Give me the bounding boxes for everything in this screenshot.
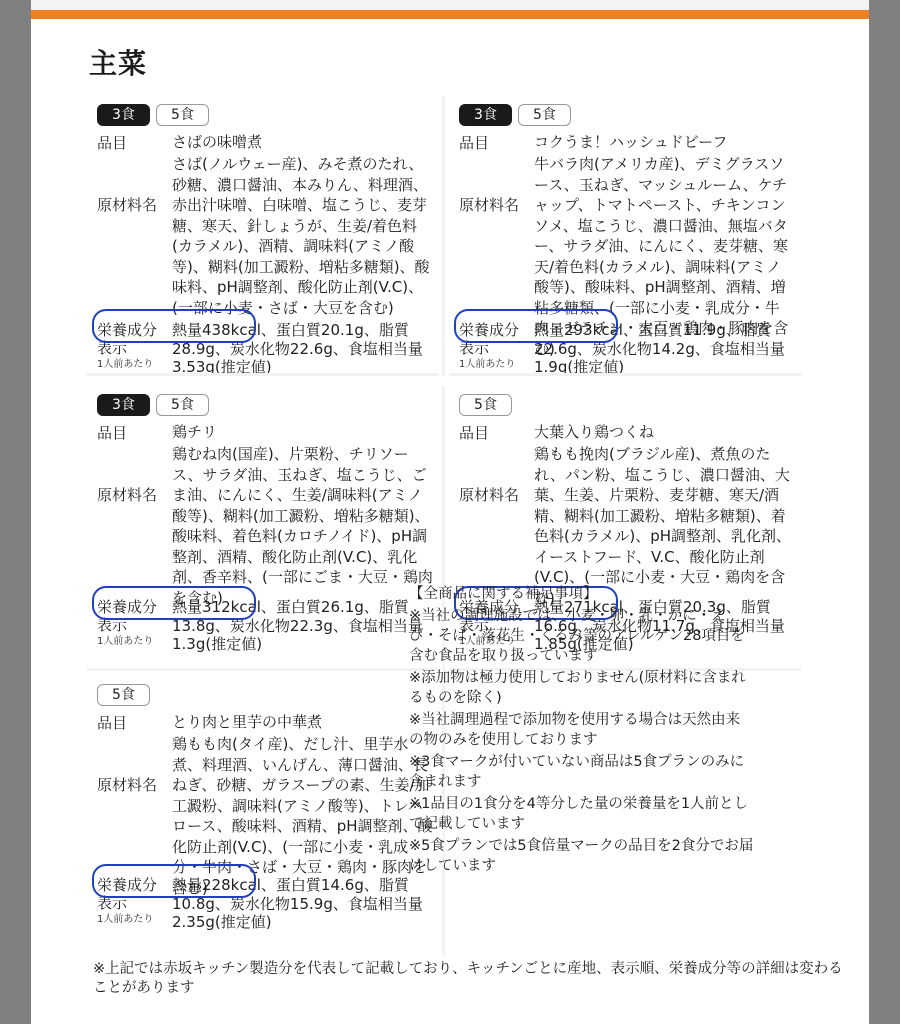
card-divider bbox=[87, 373, 439, 376]
item-name: 鶏チリ bbox=[172, 422, 434, 443]
ingredients-text: 鶏むね肉(国産)、片栗粉、チリソース、サラダ油、玉ねぎ、塩こうじ、ごま油、にんに… bbox=[172, 444, 434, 608]
note-item: ※5食プランでは5食倍量マークの品目を2食分でお届けしています bbox=[409, 836, 754, 876]
item-label: 品目 bbox=[459, 132, 489, 153]
per-serving-label: 1人前あたり bbox=[97, 632, 153, 647]
column-divider bbox=[442, 96, 445, 376]
ingredients-label: 原材料名 bbox=[459, 194, 519, 215]
item-label: 品目 bbox=[97, 422, 127, 443]
badge-5-meals[interactable]: 5食 bbox=[459, 394, 512, 416]
page: 主菜 3食 5食 品目 さばの味噌煮 原材料名 さば(ノルウェー産)、みそ煮のた… bbox=[31, 0, 869, 1024]
badge-group: 5食 bbox=[97, 684, 150, 706]
ingredients-label: 原材料名 bbox=[97, 484, 157, 505]
note-item: ※当社調理過程で添加物を使用する場合は天然由来の物のみを使用しております bbox=[409, 710, 754, 750]
page-top-strip bbox=[31, 0, 869, 10]
section-title: 主菜 bbox=[89, 42, 147, 82]
product-card: 3食 5食 品目 コクうま！ハッシュドビーフ 原材料名 牛バラ肉(アメリカ産)、… bbox=[449, 96, 801, 376]
badge-3-meals[interactable]: 3食 bbox=[459, 104, 512, 126]
highlight-circle bbox=[92, 864, 256, 898]
item-label: 品目 bbox=[97, 712, 127, 733]
note-item: ※1品目の1食分を4等分した量の栄養量を1人前として記載しています bbox=[409, 794, 754, 834]
badge-5-meals[interactable]: 5食 bbox=[156, 394, 209, 416]
product-card: 3食 5食 品目 さばの味噌煮 原材料名 さば(ノルウェー産)、みそ煮のたれ、砂… bbox=[87, 96, 439, 376]
note-item: ※当社の調理施設では、小麦・卵・乳・かに・えび・そば・落花生・くるみ等のアレルゲ… bbox=[409, 606, 754, 666]
accent-bar bbox=[31, 10, 869, 19]
ingredients-label: 原材料名 bbox=[97, 774, 157, 795]
footer-note: ※上記では赤坂キッチン製造分を代表して記載しており、キッチンごとに産地、表示順、… bbox=[93, 960, 853, 998]
badge-5-meals[interactable]: 5食 bbox=[156, 104, 209, 126]
item-name: さばの味噌煮 bbox=[172, 132, 434, 153]
item-label: 品目 bbox=[97, 132, 127, 153]
highlight-circle bbox=[454, 309, 618, 343]
item-label: 品目 bbox=[459, 422, 489, 443]
per-serving-label: 1人前あたり bbox=[97, 910, 153, 925]
per-serving-label: 1人前あたり bbox=[97, 355, 153, 370]
badge-group: 5食 bbox=[459, 394, 512, 416]
highlight-circle bbox=[92, 309, 256, 343]
product-card: 5食 品目 とり肉と里芋の中華煮 原材料名 鶏もも肉(タイ産)、だし汁、里芋水煮… bbox=[87, 676, 439, 956]
highlight-circle bbox=[92, 586, 256, 620]
card-divider bbox=[87, 668, 439, 671]
badge-3-meals[interactable]: 3食 bbox=[97, 394, 150, 416]
badge-5-meals[interactable]: 5食 bbox=[97, 684, 150, 706]
badge-group: 3食 5食 bbox=[97, 394, 209, 416]
badge-3-meals[interactable]: 3食 bbox=[97, 104, 150, 126]
item-name: コクうま！ハッシュドビーフ bbox=[534, 132, 796, 153]
badge-group: 3食 5食 bbox=[459, 104, 571, 126]
badge-group: 3食 5食 bbox=[97, 104, 209, 126]
ingredients-text: さば(ノルウェー産)、みそ煮のたれ、砂糖、濃口醤油、本みりん、料理酒、赤出汁味噌… bbox=[172, 154, 434, 318]
per-serving-label: 1人前あたり bbox=[459, 355, 515, 370]
card-divider bbox=[449, 373, 801, 376]
supplementary-notes: 【全商品に関する補足事項】 ※当社の調理施設では、小麦・卵・乳・かに・えび・そば… bbox=[409, 584, 754, 876]
note-item: ※3食マークが付いていない商品は5食プランのみに含まれます bbox=[409, 752, 754, 792]
product-card: 3食 5食 品目 鶏チリ 原材料名 鶏むね肉(国産)、片栗粉、チリソース、サラダ… bbox=[87, 386, 439, 671]
ingredients-label: 原材料名 bbox=[459, 484, 519, 505]
item-name: とり肉と里芋の中華煮 bbox=[172, 712, 434, 733]
note-item: ※添加物は極力使用しておりません(原材料に含まれるものを除く) bbox=[409, 668, 754, 708]
item-name: 大葉入り鶏つくね bbox=[534, 422, 796, 443]
notes-title: 【全商品に関する補足事項】 bbox=[409, 584, 754, 604]
ingredients-label: 原材料名 bbox=[97, 194, 157, 215]
badge-5-meals[interactable]: 5食 bbox=[518, 104, 571, 126]
